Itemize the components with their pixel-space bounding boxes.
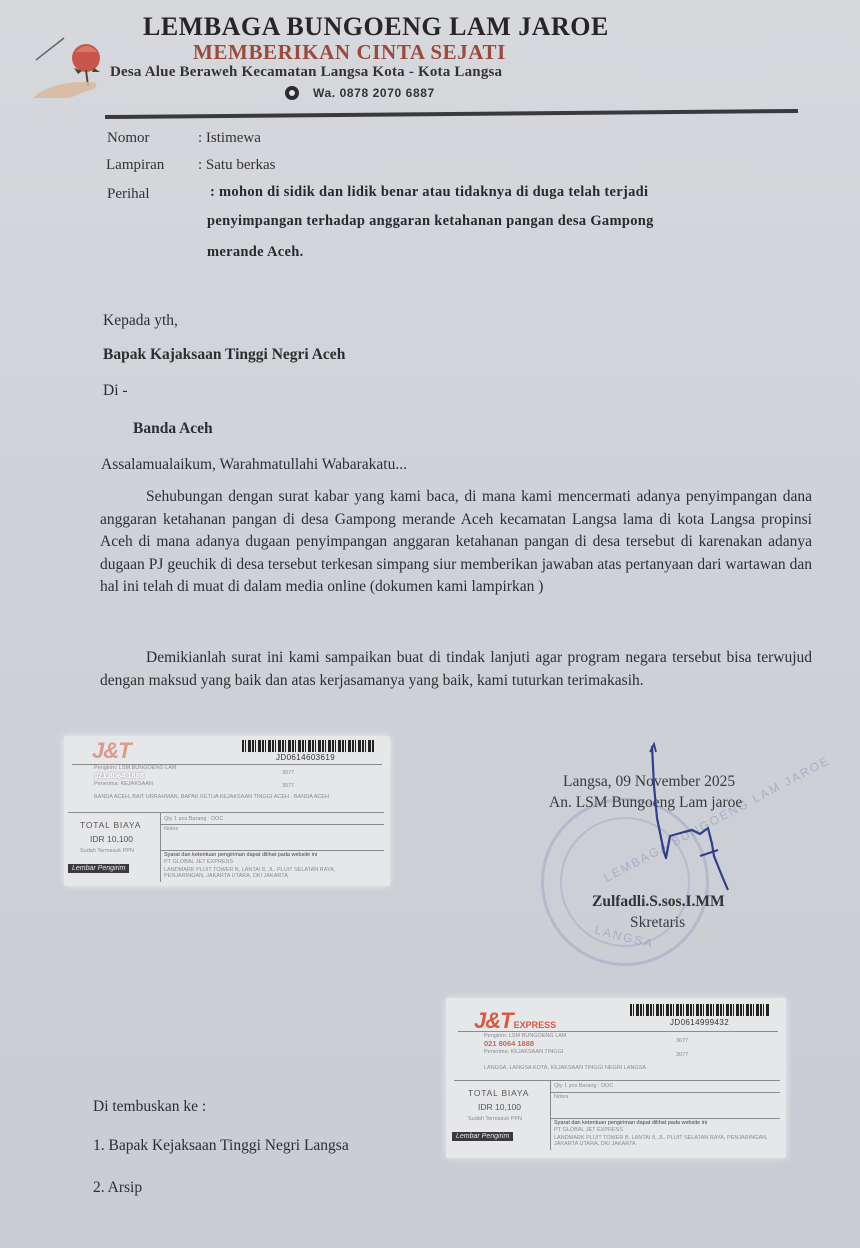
divider (550, 1092, 780, 1093)
divider (550, 1080, 551, 1150)
recipient-city: Banda Aceh (133, 420, 213, 438)
awb-number: JD0614999432 (670, 1018, 729, 1027)
qty: Qty 1 pcs Barang : DOC (554, 1083, 613, 1089)
perihal-line-1: : mohon di sidik dan lidik benar atau ti… (210, 184, 648, 201)
greeting: Assalamualaikum, Warahmatullahi Wabaraka… (101, 456, 407, 474)
lampiran-value: : Satu berkas (198, 157, 275, 174)
copy-label: Lembar Pengirim (452, 1132, 513, 1141)
notes: Notes (554, 1094, 568, 1100)
qty: Qty 1 pcs Barang : DOC (164, 816, 223, 822)
organization-name: LEMBAGA BUNGOENG LAM JAROE (143, 12, 609, 42)
notes: Notes (164, 826, 178, 832)
organization-address: Desa Alue Beraweh Kecamatan Langsa Kota … (110, 64, 502, 81)
divider (160, 812, 161, 882)
company: PT GLOBAL JET EXPRESS (164, 859, 233, 865)
divider (68, 812, 384, 813)
code-a: 3077 (282, 770, 294, 776)
organization-phone: Wa. 0878 2070 6887 (285, 86, 435, 100)
divider (550, 1118, 780, 1119)
receiver: Penerima: KEJAKSAAN (94, 781, 153, 787)
company-address: LANDMARK PLUIT TOWER B, LANTAI 8, JL. PL… (554, 1135, 774, 1147)
sender-phone: 021 8064 1888 (484, 1039, 534, 1048)
letter-page: LEMBAGA BUNGOENG LAM JAROE MEMBERIKAN CI… (0, 0, 860, 1248)
total-value: IDR 10,100 (478, 1102, 521, 1112)
rose-in-hand-icon (14, 18, 104, 98)
lampiran-label: Lampiran (106, 157, 164, 174)
code-b: 3077 (676, 1052, 688, 1058)
perihal-label: Perihal (107, 186, 150, 203)
cc-label: Di tembuskan ke : (93, 1098, 206, 1116)
total-label: TOTAL BIAYA (80, 820, 141, 830)
nomor-value: : Istimewa (198, 130, 261, 147)
terms: Syarat dan ketentuan pengiriman dapat di… (164, 852, 317, 858)
cc-item: 2. Arsip (93, 1179, 142, 1197)
barcode (242, 740, 374, 752)
receiver: Penerima: KEJAKSAAN TINGGI (484, 1049, 563, 1055)
barcode (630, 1004, 770, 1016)
divider (160, 824, 384, 825)
total-value: IDR 10,100 (90, 834, 133, 844)
handwritten-signature-icon (600, 740, 730, 910)
recipient-name: Bapak Kajaksaan Tinggi Negri Aceh (103, 346, 345, 364)
organization-tagline: MEMBERIKAN CINTA SEJATI (193, 40, 506, 65)
total-label: TOTAL BIAYA (468, 1088, 529, 1098)
tax-note: Sudah Termasuk PPN (468, 1116, 522, 1122)
phone-number: Wa. 0878 2070 6887 (313, 86, 435, 100)
body-paragraph-1: Sehubungan dengan surat kabar yang kami … (100, 486, 812, 599)
letterhead-divider (105, 109, 798, 119)
terms: Syarat dan ketentuan pengiriman dapat di… (554, 1120, 707, 1126)
shipping-receipt-2: J&TEXPRESS JD0614999432 Pengirim: LSM BU… (446, 998, 786, 1158)
shipping-receipt-1: J&T JD0614603619 Pengirim: LSM BUNGOENG … (64, 736, 390, 886)
awb-number: JD0614603619 (276, 753, 335, 762)
perihal-line-3: merande Aceh. (207, 244, 304, 261)
recipient-di: Di - (103, 382, 128, 400)
divider (160, 850, 384, 851)
signer-title: Skretaris (630, 914, 685, 932)
jnt-logo: J&T (92, 738, 131, 764)
divider (454, 1080, 780, 1081)
company-address: LANDMARK PLUIT TOWER B, LANTAI 8, JL. PL… (164, 867, 374, 879)
tax-note: Sudah Termasuk PPN (80, 848, 134, 854)
sender-phone: 021 8064 1888 (94, 771, 144, 780)
code-a: 3077 (676, 1038, 688, 1044)
recipient-salutation: Kepada yth, (103, 312, 178, 330)
nomor-label: Nomor (107, 130, 150, 147)
body-paragraph-2: Demikianlah surat ini kami sampaikan bua… (100, 647, 812, 692)
code-b: 3077 (282, 783, 294, 789)
perihal-line-2: penyimpangan terhadap anggaran ketahanan… (207, 213, 654, 230)
receiver-address: BANDA ACEH, BAIT URRAHMAN, BAPAK KETUA K… (94, 794, 329, 800)
company: PT GLOBAL JET EXPRESS (554, 1127, 623, 1133)
cc-item: 1. Bapak Kejaksaan Tinggi Negri Langsa (93, 1137, 349, 1155)
divider (458, 1031, 778, 1032)
copy-label: Lembar Pengirim (68, 864, 129, 873)
signer-name: Zulfadli.S.sos.I.MM (592, 893, 725, 911)
receiver-address: LANGSA, LANGSA KOTA, KEJAKSAAN TINGGI NE… (484, 1065, 646, 1071)
whatsapp-icon (285, 86, 299, 100)
